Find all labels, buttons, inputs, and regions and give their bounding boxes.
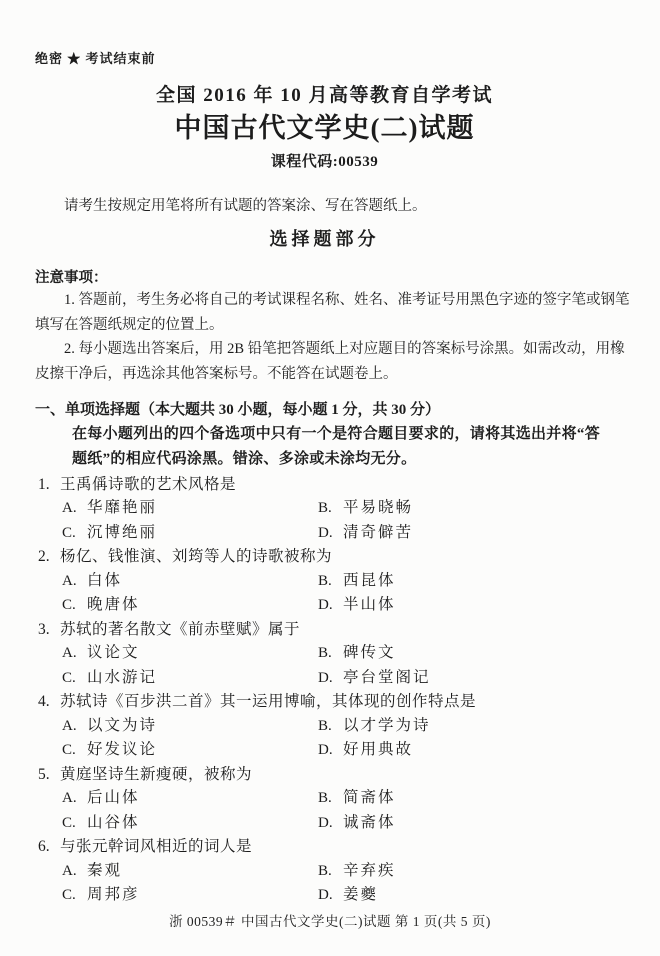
question: 4.苏轼诗《百步洪二首》其一运用博喻，其体现的创作特点是 A.以文为诗 B.以才… [35, 690, 614, 763]
question-stem-line: 3.苏轼的著名散文《前赤壁赋》属于 [35, 618, 614, 642]
option-label: D. [318, 594, 343, 618]
option-text: 议论文 [87, 644, 140, 661]
option-text: 晚唐体 [87, 596, 140, 613]
option-label: B. [318, 860, 343, 884]
question-number: 5. [38, 763, 60, 787]
option: B.辛弃疾 [318, 859, 614, 884]
part-heading: 一、单项选择题（本大题共 30 小题，每小题 1 分，共 30 分） [35, 398, 614, 422]
question-stem-line: 5.黄庭坚诗生新瘦硬，被称为 [35, 763, 614, 787]
question-number: 3. [38, 618, 60, 642]
option-text: 辛弃疾 [343, 862, 396, 879]
option-text: 姜夔 [343, 886, 378, 903]
option: B.简斋体 [318, 786, 614, 811]
option: A.秦观 [62, 859, 318, 884]
question: 6.与张元幹词风相近的词人是 A.秦观 B.辛弃疾 C.周邦彦 D.姜夔 [35, 835, 614, 908]
exam-session-title: 全国 2016 年 10 月高等教育自学考试 [35, 80, 614, 107]
option: D.半山体 [318, 593, 614, 618]
option: C.山谷体 [62, 811, 318, 836]
question-stem: 与张元幹词风相近的词人是 [60, 838, 252, 855]
option-text: 后山体 [87, 789, 140, 806]
question-list: 1.王禹偁诗歌的艺术风格是 A.华靡艳丽 B.平易晓畅 C.沉博绝丽 D.清奇僻… [35, 473, 614, 908]
course-code: 课程代码:00539 [35, 152, 614, 172]
option-text: 以文为诗 [87, 717, 157, 734]
question: 5.黄庭坚诗生新瘦硬，被称为 A.后山体 B.简斋体 C.山谷体 D.诚斋体 [35, 763, 614, 836]
option-label: D. [318, 812, 343, 836]
option: B.碑传文 [318, 641, 614, 666]
option-list: A.华靡艳丽 B.平易晓畅 C.沉博绝丽 D.清奇僻苦 [62, 496, 614, 545]
option: D.诚斋体 [318, 811, 614, 836]
exam-title: 中国古代文学史(二)试题 [35, 111, 614, 146]
option-text: 华靡艳丽 [87, 499, 157, 516]
option-label: C. [62, 667, 87, 691]
question-stem-line: 2.杨亿、钱惟演、刘筠等人的诗歌被称为 [35, 545, 614, 569]
option-label: A. [62, 570, 87, 594]
notes-heading: 注意事项： [35, 268, 614, 288]
question: 3.苏轼的著名散文《前赤壁赋》属于 A.议论文 B.碑传文 C.山水游记 D.亭… [35, 618, 614, 691]
question: 2.杨亿、钱惟演、刘筠等人的诗歌被称为 A.白体 B.西昆体 C.晚唐体 D.半… [35, 545, 614, 618]
option-label: A. [62, 715, 87, 739]
option: D.姜夔 [318, 883, 614, 908]
option: C.好发议论 [62, 738, 318, 763]
question-stem: 苏轼诗《百步洪二首》其一运用博喻，其体现的创作特点是 [60, 693, 476, 710]
option-label: C. [62, 522, 87, 546]
question-number: 2. [38, 545, 60, 569]
option: A.后山体 [62, 786, 318, 811]
option: C.周邦彦 [62, 883, 318, 908]
question-number: 6. [38, 835, 60, 859]
option-text: 秦观 [87, 862, 122, 879]
question-stem-line: 6.与张元幹词风相近的词人是 [35, 835, 614, 859]
option-label: C. [62, 884, 87, 908]
page-footer: 浙 00539＃ 中国古代文学史(二)试题 第 1 页(共 5 页) [0, 910, 660, 930]
question-stem-line: 1.王禹偁诗歌的艺术风格是 [35, 473, 614, 497]
option-label: C. [62, 812, 87, 836]
note-1-line-2: 填写在答题纸规定的位置上。 [35, 313, 614, 338]
option-label: A. [62, 642, 87, 666]
answer-instruction: 请考生按规定用笔将所有试题的答案涂、写在答题纸上。 [35, 196, 614, 216]
option-label: C. [62, 739, 87, 763]
option-text: 清奇僻苦 [343, 524, 413, 541]
option-label: D. [318, 667, 343, 691]
option: A.议论文 [62, 641, 318, 666]
option-list: A.以文为诗 B.以才学为诗 C.好发议论 D.好用典故 [62, 714, 614, 763]
option-label: D. [318, 739, 343, 763]
option: A.以文为诗 [62, 714, 318, 739]
option-label: A. [62, 497, 87, 521]
option-text: 好用典故 [343, 741, 413, 758]
question-number: 1. [38, 473, 60, 497]
option: A.华靡艳丽 [62, 496, 318, 521]
option-text: 亭台堂阁记 [343, 669, 431, 686]
option-label: A. [62, 860, 87, 884]
option-text: 西昆体 [343, 572, 396, 589]
note-2-line-1: 2. 每小题选出答案后，用 2B 铅笔把答题纸上对应题目的答案标号涂黑。如需改动… [35, 337, 614, 362]
question-stem: 杨亿、钱惟演、刘筠等人的诗歌被称为 [60, 548, 332, 565]
option-list: A.白体 B.西昆体 C.晚唐体 D.半山体 [62, 569, 614, 618]
part-subheading-line-2: 题纸”的相应代码涂黑。错涂、多涂或未涂均无分。 [72, 447, 614, 472]
question-stem: 王禹偁诗歌的艺术风格是 [60, 476, 236, 493]
option: C.沉博绝丽 [62, 521, 318, 546]
question-number: 4. [38, 690, 60, 714]
security-notice: 绝密 ★ 考试结束前 [35, 48, 614, 67]
option-text: 简斋体 [343, 789, 396, 806]
option: B.以才学为诗 [318, 714, 614, 739]
question: 1.王禹偁诗歌的艺术风格是 A.华靡艳丽 B.平易晓畅 C.沉博绝丽 D.清奇僻… [35, 473, 614, 546]
option-text: 半山体 [343, 596, 396, 613]
question-stem: 黄庭坚诗生新瘦硬，被称为 [60, 766, 252, 783]
option-text: 平易晓畅 [343, 499, 413, 516]
option-list: A.后山体 B.简斋体 C.山谷体 D.诚斋体 [62, 786, 614, 835]
option: B.平易晓畅 [318, 496, 614, 521]
option: A.白体 [62, 569, 318, 594]
option-text: 山谷体 [87, 814, 140, 831]
option: B.西昆体 [318, 569, 614, 594]
exam-paper-page: 绝密 ★ 考试结束前 全国 2016 年 10 月高等教育自学考试 中国古代文学… [0, 0, 660, 956]
option-label: D. [318, 884, 343, 908]
option-label: B. [318, 570, 343, 594]
option-label: B. [318, 642, 343, 666]
option-text: 山水游记 [87, 669, 157, 686]
question-stem: 苏轼的著名散文《前赤壁赋》属于 [60, 621, 300, 638]
option: D.清奇僻苦 [318, 521, 614, 546]
option-text: 白体 [87, 572, 122, 589]
option-text: 周邦彦 [87, 886, 140, 903]
option-text: 以才学为诗 [343, 717, 431, 734]
option-label: A. [62, 787, 87, 811]
option: C.晚唐体 [62, 593, 318, 618]
option-label: B. [318, 497, 343, 521]
option: D.亭台堂阁记 [318, 666, 614, 691]
section-title: 选择题部分 [35, 227, 614, 251]
note-2-line-2: 皮擦干净后，再选涂其他答案标号。不能答在试题卷上。 [35, 362, 614, 387]
option-list: A.议论文 B.碑传文 C.山水游记 D.亭台堂阁记 [62, 641, 614, 690]
option-label: B. [318, 787, 343, 811]
option-label: C. [62, 594, 87, 618]
part-subheading-line-1: 在每小题列出的四个备选项中只有一个是符合题目要求的，请将其选出并将“答 [72, 422, 614, 447]
option-list: A.秦观 B.辛弃疾 C.周邦彦 D.姜夔 [62, 859, 614, 908]
option-text: 碑传文 [343, 644, 396, 661]
option: C.山水游记 [62, 666, 318, 691]
option-label: B. [318, 715, 343, 739]
option-label: D. [318, 522, 343, 546]
option: D.好用典故 [318, 738, 614, 763]
option-text: 沉博绝丽 [87, 524, 157, 541]
option-text: 好发议论 [87, 741, 157, 758]
note-1-line-1: 1. 答题前，考生务必将自己的考试课程名称、姓名、准考证号用黑色字迹的签字笔或钢… [35, 288, 614, 313]
option-text: 诚斋体 [343, 814, 396, 831]
question-stem-line: 4.苏轼诗《百步洪二首》其一运用博喻，其体现的创作特点是 [35, 690, 614, 714]
